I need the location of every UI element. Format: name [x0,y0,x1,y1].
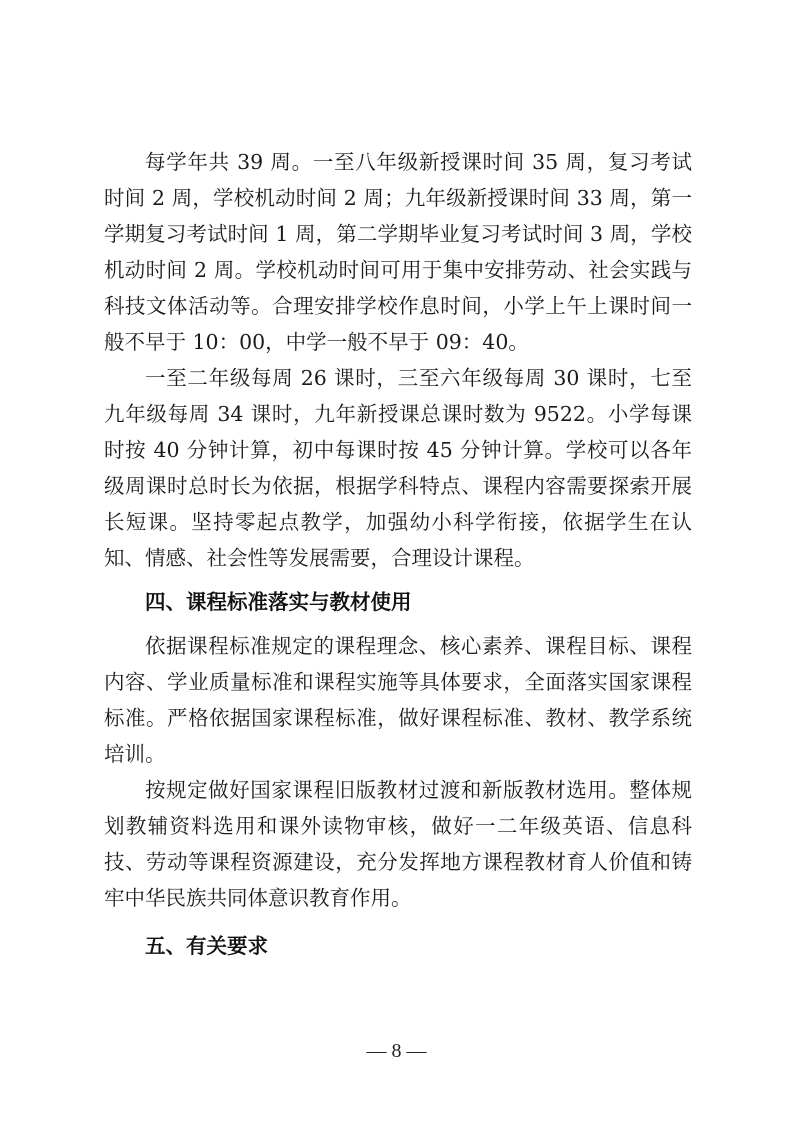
paragraph-school-calendar: 每学年共 39 周。一至八年级新授课时间 35 周，复习考试时间 2 周，学校机… [104,144,692,360]
paragraph-textbook-selection: 按规定做好国家课程旧版教材过渡和新版教材选用。整体规划教辅资料选用和课外读物审核… [104,772,692,916]
paragraph-class-hours: 一至二年级每周 26 课时，三至六年级每周 30 课时，七至九年级每周 34 课… [104,360,692,576]
paragraph-standards-implementation: 依据课程标准规定的课程理念、核心素养、课程目标、课程内容、学业质量标准和课程实施… [104,628,692,772]
page-number: — 8 — [0,1040,793,1063]
section-heading-curriculum-standards: 四、课程标准落实与教材使用 [104,576,692,628]
document-page: 每学年共 39 周。一至八年级新授课时间 35 周，复习考试时间 2 周，学校机… [104,144,692,972]
section-heading-requirements: 五、有关要求 [104,916,692,972]
